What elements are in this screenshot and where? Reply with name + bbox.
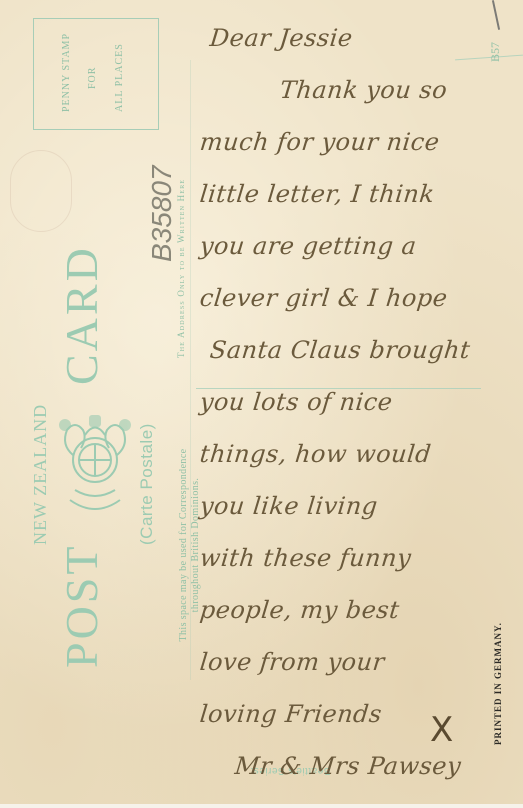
postcard-reverse: PENNY STAMP FOR ALL PLACES B35807 POST C… xyxy=(0,0,523,808)
correspondence-notice: This space may be used for Correspondenc… xyxy=(178,395,202,695)
letter-signature: Mr & Mrs Pawsey xyxy=(197,740,522,792)
letter-line: clever girl & I hope xyxy=(197,272,522,324)
letter-line: loving Friends xyxy=(197,688,522,740)
letter-line: you are getting a xyxy=(197,220,522,272)
letter-line: with these funny xyxy=(197,532,522,584)
letter-line: Santa Claus brought xyxy=(197,324,522,376)
title-post: POST xyxy=(55,544,108,668)
letter-line: you lots of nice xyxy=(197,376,522,428)
title-country: NEW ZEALAND xyxy=(30,404,51,545)
coat-of-arms-icon xyxy=(55,395,135,530)
stamp-text-line2: FOR xyxy=(87,67,98,89)
archive-pencil-number: B35807 xyxy=(146,165,178,262)
stamp-text-line3: ALL PLACES xyxy=(114,43,125,112)
stamp-box: PENNY STAMP FOR ALL PLACES xyxy=(33,18,159,130)
letter-line: much for your nice xyxy=(197,116,522,168)
letter-line: you like living xyxy=(197,480,522,532)
title-card: CARD xyxy=(55,245,108,385)
letter-line: love from your xyxy=(197,636,522,688)
letter-line: people, my best xyxy=(197,584,522,636)
letter-line: things, how would xyxy=(197,428,522,480)
kiss-mark: X xyxy=(430,710,453,750)
correspondence-line1: This space may be used for Correspondenc… xyxy=(178,395,190,695)
letter-line: Dear Jessie xyxy=(197,12,522,64)
letter-line: Thank you so xyxy=(197,64,522,116)
faint-stain xyxy=(10,150,72,232)
title-subtitle: (Carte Postale) xyxy=(137,423,157,545)
scan-edge xyxy=(0,804,523,808)
handwritten-letter: Dear Jessie Thank you so much for your n… xyxy=(200,12,520,792)
address-notice: The Address Only to be Written Here xyxy=(176,179,186,358)
stamp-text-line1: PENNY STAMP xyxy=(61,33,72,112)
letter-line: little letter, I think xyxy=(197,168,522,220)
